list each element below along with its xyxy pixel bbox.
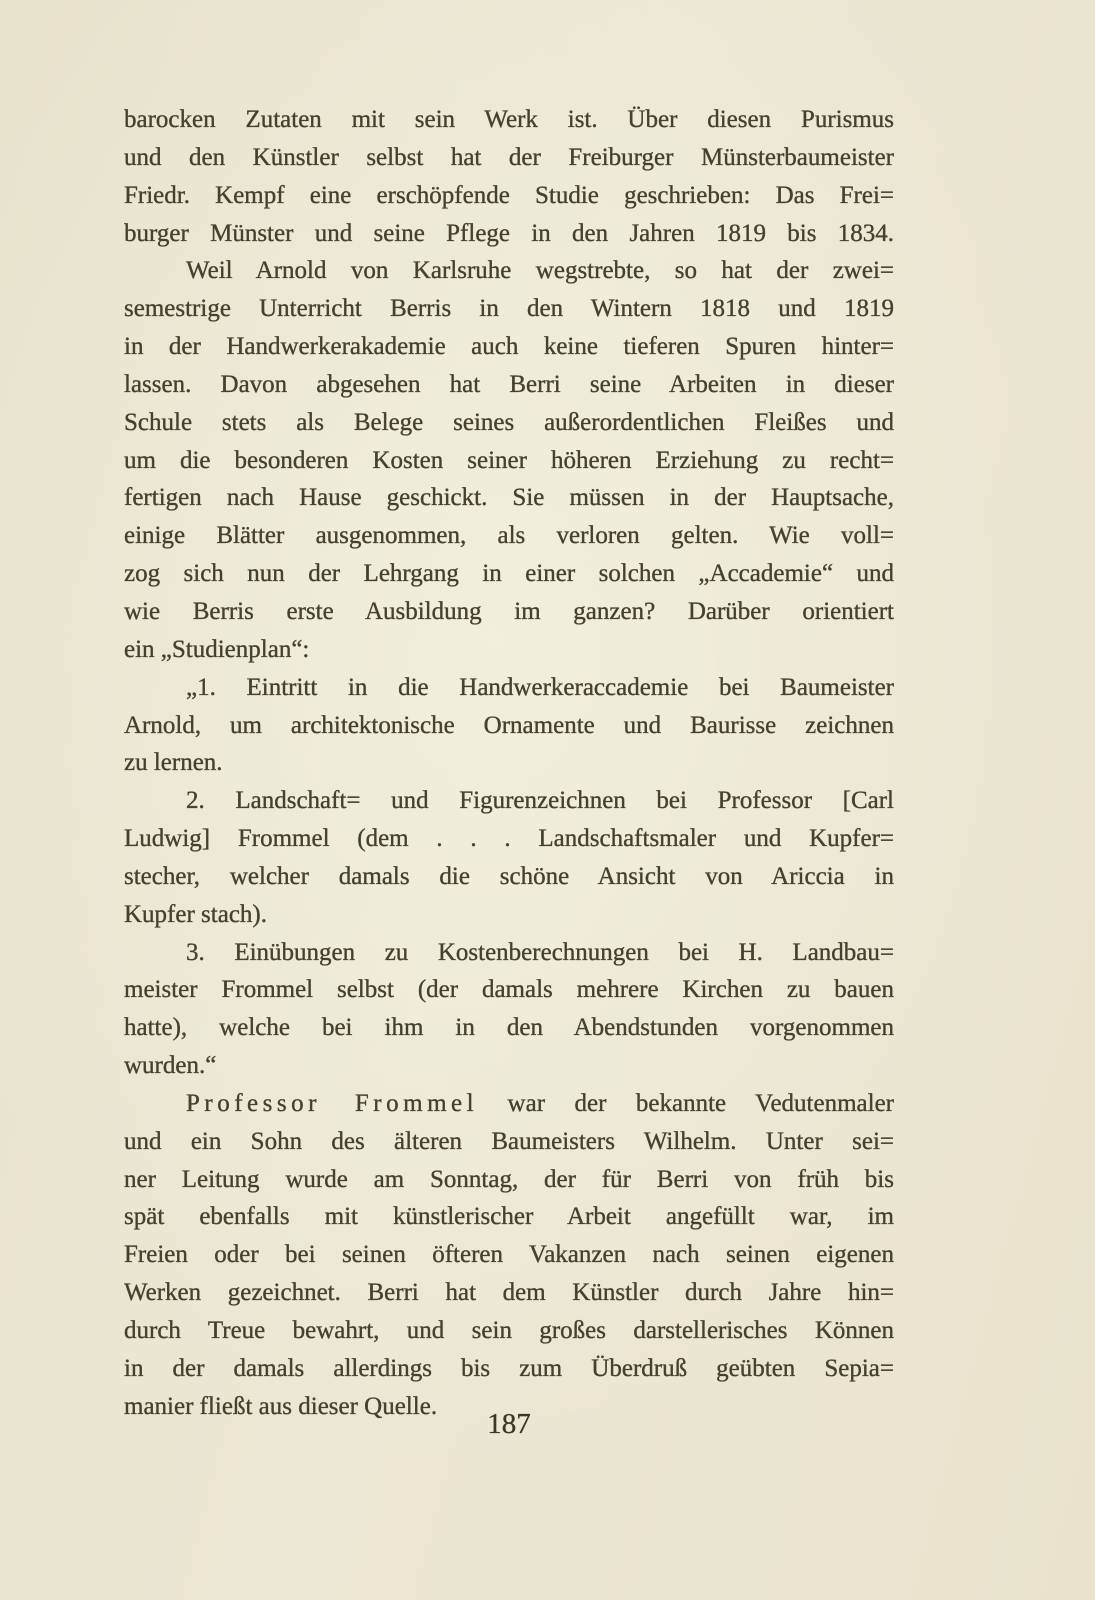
text-line: burger Münster und seine Pflege in den J… — [124, 215, 894, 253]
text-line: fertigen nach Hause geschickt. Sie müsse… — [124, 479, 894, 517]
text-line: Professor Frommel war der bekannte Vedut… — [124, 1085, 894, 1123]
text-line: lassen. Davon abgesehen hat Berri seine … — [124, 366, 894, 404]
text-line: Weil Arnold von Karlsruhe wegstrebte, so… — [124, 252, 894, 290]
text-line: „1. Eintritt in die Handwerkeraccademie … — [124, 669, 894, 707]
text-line: Werken gezeichnet. Berri hat dem Künstle… — [124, 1274, 894, 1312]
text-line: zog sich nun der Lehrgang in einer solch… — [124, 555, 894, 593]
text-line: spät ebenfalls mit künstlerischer Arbeit… — [124, 1198, 894, 1236]
text-line: hatte), welche bei ihm in den Abendstund… — [124, 1009, 894, 1047]
text-line: um die besonderen Kosten seiner höheren … — [124, 442, 894, 480]
text-line: Arnold, um architektonische Ornamente un… — [124, 707, 894, 745]
text-line: Kupfer stach). — [124, 896, 894, 934]
page-number: 187 — [124, 1408, 894, 1441]
text-line: und den Künstler selbst hat der Freiburg… — [124, 139, 894, 177]
text-line: ein „Studienplan“: — [124, 631, 894, 669]
text-line: zu lernen. — [124, 744, 894, 782]
text-line: meister Frommel selbst (der damals mehre… — [124, 971, 894, 1009]
text-line: durch Treue bewahrt, und sein großes dar… — [124, 1312, 894, 1350]
text-line: 3. Einübungen zu Kostenberechnungen bei … — [124, 934, 894, 972]
text-line: ner Leitung wurde am Sonntag, der für Be… — [124, 1161, 894, 1199]
text-line: wurden.“ — [124, 1047, 894, 1085]
text-line: barocken Zutaten mit sein Werk ist. Über… — [124, 101, 894, 139]
body-text: barocken Zutaten mit sein Werk ist. Über… — [124, 101, 894, 1426]
letterspaced-name: Professor Frommel — [186, 1090, 478, 1117]
text-line: und ein Sohn des älteren Baumeisters Wil… — [124, 1123, 894, 1161]
text-line: in der Handwerkerakademie auch keine tie… — [124, 328, 894, 366]
text-line: 2. Landschaft= und Figurenzeichnen bei P… — [124, 782, 894, 820]
text-line: Freien oder bei seinen öfteren Vakanzen … — [124, 1236, 894, 1274]
text-line: stecher, welcher damals die schöne Ansic… — [124, 858, 894, 896]
text-line: einige Blätter ausgenommen, als verloren… — [124, 517, 894, 555]
text-line: wie Berris erste Ausbildung im ganzen? D… — [124, 593, 894, 631]
text-line: Friedr. Kempf eine erschöpfende Studie g… — [124, 177, 894, 215]
text-line: in der damals allerdings bis zum Überdru… — [124, 1350, 894, 1388]
text-line: Ludwig] Frommel (dem . . . Landschaftsma… — [124, 820, 894, 858]
text-line: Schule stets als Belege seines außerorde… — [124, 404, 894, 442]
book-page: barocken Zutaten mit sein Werk ist. Über… — [0, 0, 1095, 1600]
text-line: semestrige Unterricht Berris in den Wint… — [124, 290, 894, 328]
